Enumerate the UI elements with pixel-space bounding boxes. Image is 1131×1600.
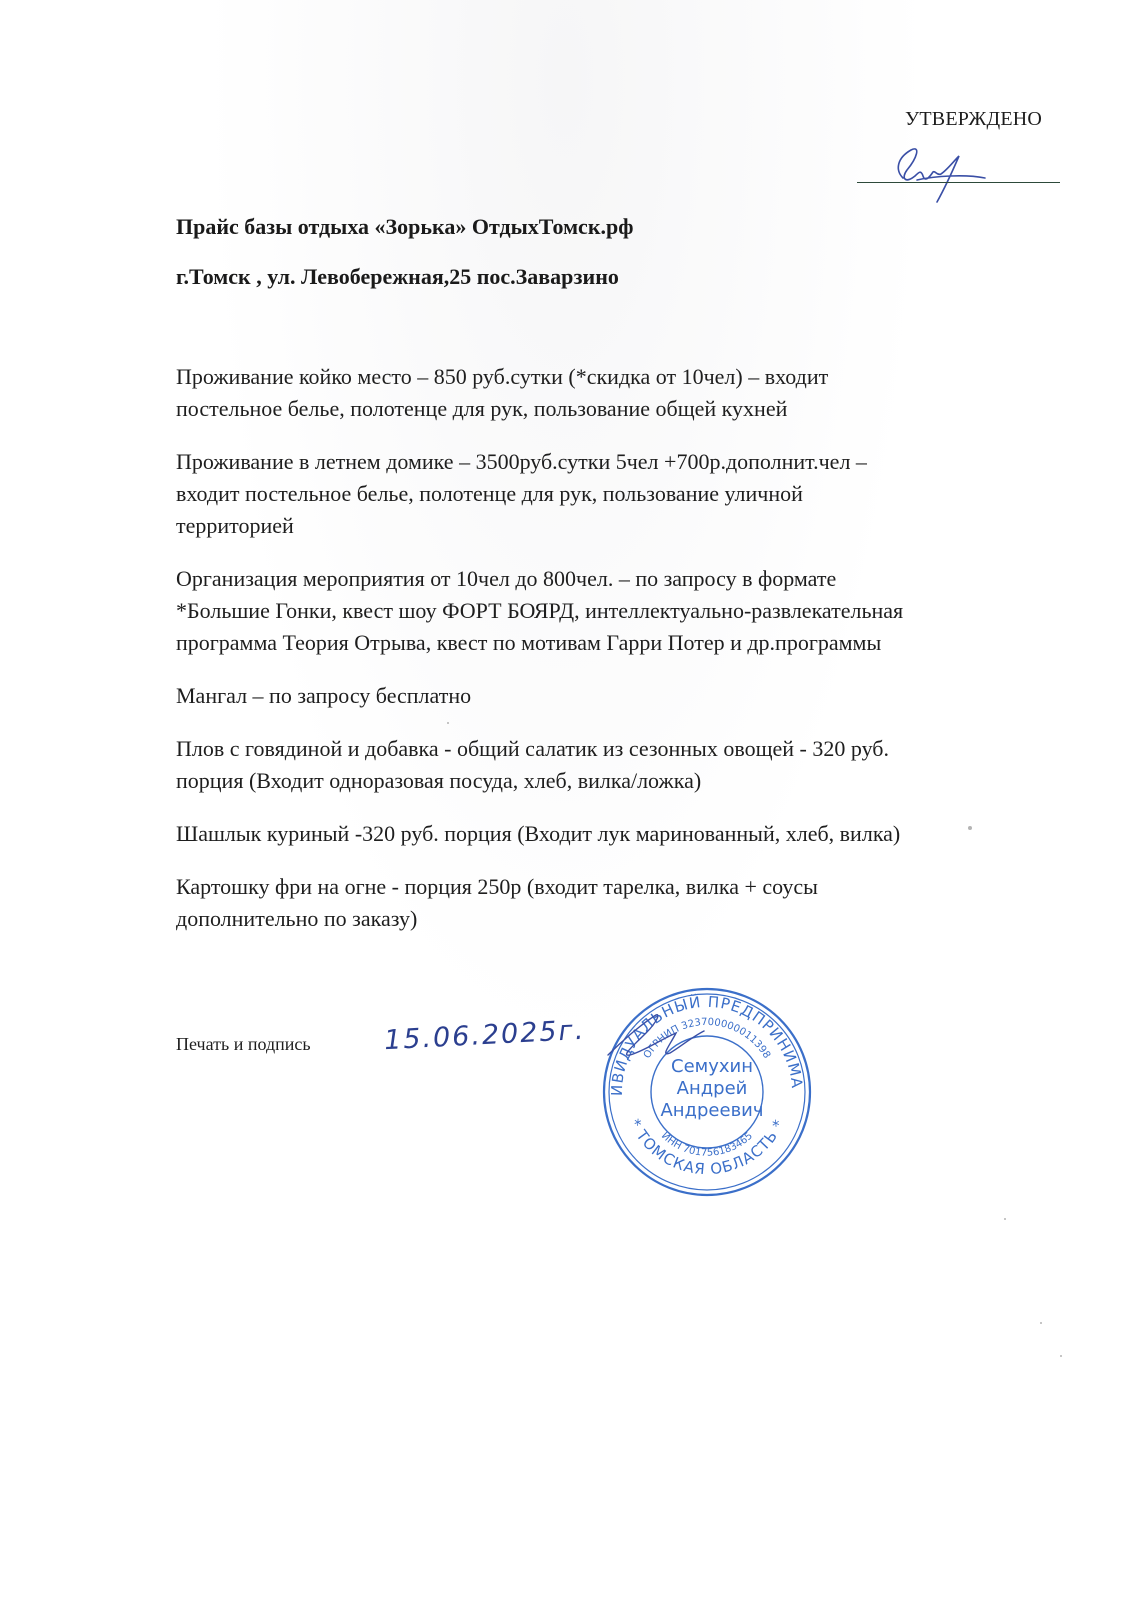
price-item-bed: Проживание койко место – 850 руб.сутки (…: [176, 361, 1076, 425]
price-item-summer-house: Проживание в летнем домике – 3500руб.сут…: [176, 446, 1076, 542]
approval-label: УТВЕРЖДЕНО: [905, 108, 1042, 131]
scan-speck: [1004, 1218, 1006, 1220]
scan-speck: [447, 722, 449, 724]
price-list: Проживание койко место – 850 руб.сутки (…: [176, 361, 1076, 956]
price-item-pilaf: Плов с говядиной и добавка - общий салат…: [176, 733, 1076, 797]
svg-text:* ТОМСКАЯ ОБЛАСТЬ *: * ТОМСКАЯ ОБЛАСТЬ *: [626, 1116, 789, 1178]
scan-speck: [968, 826, 972, 830]
price-item-events: Организация мероприятия от 10чел до 800ч…: [176, 563, 1076, 659]
stamp-name-first: Андрей: [652, 1078, 772, 1099]
seal-and-signature-label: Печать и подпись: [176, 1034, 311, 1055]
price-item-fries: Картошку фри на огне - порция 250р (вход…: [176, 871, 1076, 935]
stamp-name-patronymic: Андреевич: [652, 1100, 772, 1121]
price-item-shashlik: Шашлык куриный -320 руб. порция (Входит …: [176, 818, 1076, 850]
document-page: УТВЕРЖДЕНО Прайс базы отдыха «Зорька» От…: [0, 0, 1131, 1600]
scan-speck: [1060, 1355, 1062, 1357]
price-item-grill: Мангал – по запросу бесплатно: [176, 680, 1076, 712]
handwritten-date: 15.06.2025г.: [383, 1015, 586, 1056]
scan-speck: [1040, 1322, 1042, 1324]
approval-signature-icon: [855, 140, 1065, 210]
approval-signature-line: [857, 182, 1060, 183]
document-address: г.Томск , ул. Левобережная,25 пос.Заварз…: [176, 264, 619, 290]
document-title: Прайс базы отдыха «Зорька» ОтдыхТомск.рф: [176, 214, 633, 240]
stamp-name-surname: Семухин: [652, 1056, 772, 1077]
